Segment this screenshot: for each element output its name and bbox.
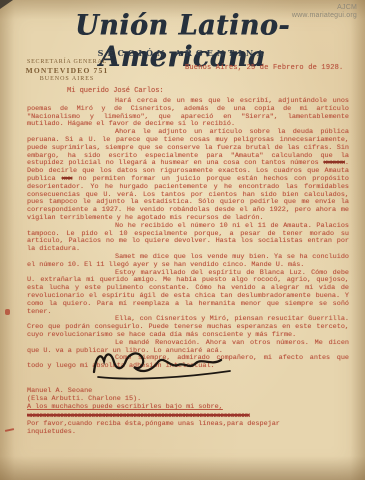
margin-stray-dash: [5, 428, 14, 432]
ps-forwarding-note: A los muchachos puede escribirles bajo m…: [27, 403, 349, 411]
letter-body: Hará cerca de un mes que le escribí, adj…: [27, 98, 349, 371]
paragraph-2: Ahora le adjunto un artículo sobre la de…: [27, 129, 349, 223]
secretaria-line: SECRETARÍA GENERAL: [22, 59, 112, 65]
paragraph-6: Ella, con Cisneritos y Miró, piensan res…: [27, 316, 349, 339]
letterhead-subtitle: SECCIÓN ARGENTINA: [0, 48, 365, 58]
signature-ink-icon: [88, 346, 238, 384]
salutation: Mi querido José Carlos:: [67, 87, 164, 95]
paragraph-2-text-a: Ahora le adjunto un artículo sobre la de…: [27, 128, 349, 167]
city-line: BUENOS AIRES: [22, 76, 112, 82]
paragraph-4: Samet me dice que los vende muy bien. Ya…: [27, 254, 349, 270]
handwritten-signature: [88, 346, 238, 384]
letterhead-address-block: SECRETARÍA GENERAL MONTEVIDEO 751 BUENOS…: [22, 59, 112, 82]
street-line: MONTEVIDEO 751: [22, 66, 112, 75]
scanned-letter-page: AJCM www.mariategui.org Unión Latino-Ame…: [0, 0, 365, 480]
postscript-block: Manuel A. Seoane (Elsa Arbutti. Charlone…: [27, 387, 349, 436]
paragraph-2-text-c: no permiten formar un juicio porque está…: [27, 175, 349, 222]
paragraph-1: Hará cerca de un mes que le escribí, adj…: [27, 98, 349, 129]
closing-request-line: Por favor,cuando reciba ésta,póngame una…: [27, 420, 327, 436]
date-line: Buenos Aires, 25 de Febrero de 1928.: [185, 64, 343, 72]
typed-signature-name: Manuel A. Seoane: [27, 387, 349, 395]
scan-corner-shadow: [0, 0, 13, 9]
paragraph-3: No he recibido el número 10 ni el 11 de …: [27, 223, 349, 254]
inline-strikeout-2: xxx: [62, 175, 73, 183]
obliterated-line: xxxxxxxxxxxxxxxxxxxxxxxxxxxxxxxxxxxxxxxx…: [27, 412, 349, 420]
paragraph-5: Estoy maravillado del espíritu de Blanca…: [27, 270, 349, 317]
margin-stray-mark: [5, 309, 10, 315]
